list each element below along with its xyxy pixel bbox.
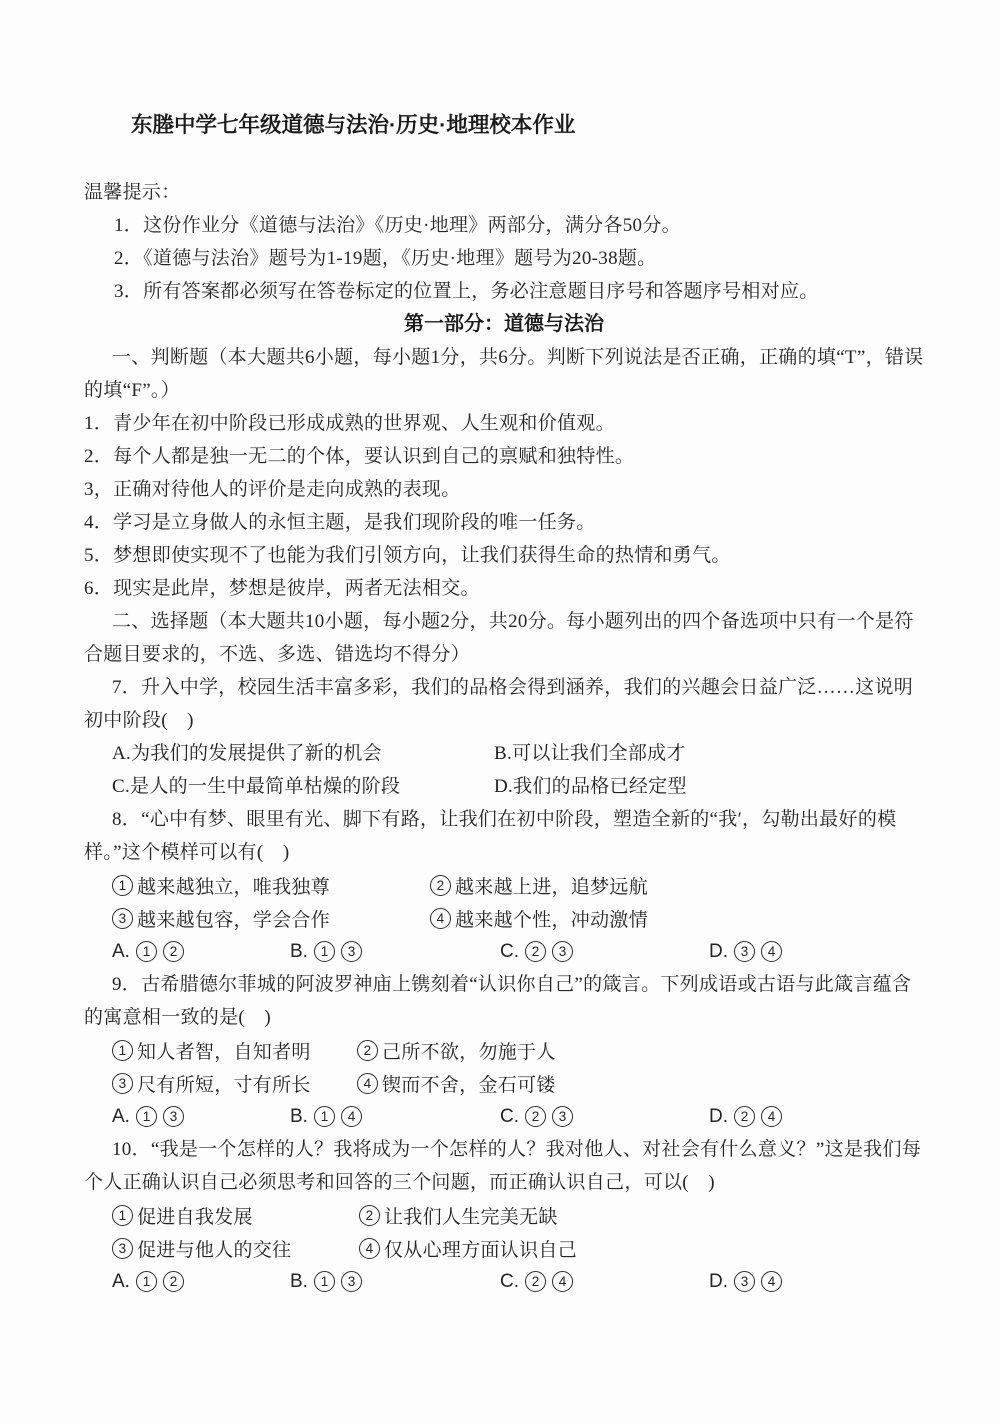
circled-digit: 3	[163, 1106, 184, 1127]
q8-items-row-1: 1 越来越独立，唯我独尊 2 越来越上进，追梦远航	[84, 869, 924, 902]
q8-answers-row: A. 1 2 B. 1 3 C. 2 3 D. 3 4	[84, 935, 924, 968]
circled-digit: 3	[734, 1271, 755, 1292]
q9-stem: 9．古希腊德尔菲城的阿波罗神庙上镌刻着“认识你自己”的箴言。下列成语或古语与此箴…	[84, 968, 924, 1034]
q10-item-3-text: 促进与他人的交往	[137, 1235, 291, 1262]
q7-option-a: A.为我们的发展提供了新的机会	[112, 737, 494, 770]
q9-answer-c: C. 2 3	[500, 1106, 709, 1128]
q8-answer-a-label: A.	[112, 941, 130, 963]
q9-item-1: 1 知人者智，自知者明	[112, 1037, 357, 1064]
circled-digit: 1	[314, 1271, 335, 1292]
q10-items-row-1: 1 促进自我发展 2 让我们人生完美无缺	[84, 1199, 924, 1232]
q10-answer-c-label: C.	[500, 1271, 519, 1293]
circled-digit: 3	[112, 908, 133, 929]
q8-item-1-text: 越来越独立，唯我独尊	[137, 872, 330, 899]
choice-section-intro: 二、选择题（本大题共10小题，每小题2分，共20分。每小题列出的四个备选项中只有…	[84, 605, 924, 671]
circled-digit: 2	[525, 1271, 546, 1292]
q10-item-2: 2 让我们人生完美无缺	[359, 1202, 558, 1229]
q10-item-4-text: 仅从心理方面认识自己	[384, 1235, 577, 1262]
q10-item-4: 4 仅从心理方面认识自己	[359, 1235, 577, 1262]
circled-digit: 1	[136, 941, 157, 962]
q9-answer-c-label: C.	[500, 1106, 519, 1128]
q8-item-4-text: 越来越个性，冲动激情	[455, 905, 648, 932]
q7-option-d: D.我们的品格已经定型	[494, 770, 687, 803]
q7-option-c: C.是人的一生中最简单枯燥的阶段	[112, 770, 494, 803]
q8-answer-c: C. 2 3	[500, 941, 709, 963]
circled-digit: 3	[341, 941, 362, 962]
q8-answer-a: A. 1 2	[112, 941, 290, 963]
circled-digit: 2	[163, 1271, 184, 1292]
circled-digit: 2	[430, 875, 451, 896]
q8-item-3: 3 越来越包容，学会合作	[112, 905, 430, 932]
circled-digit: 1	[112, 1040, 133, 1061]
circled-digit: 3	[552, 941, 573, 962]
q7-option-b: B.可以让我们全部成才	[494, 737, 686, 770]
q9-item-3: 3 尺有所短，寸有所长	[112, 1070, 357, 1097]
q10-answer-b-label: B.	[290, 1271, 308, 1293]
circled-digit: 1	[314, 941, 335, 962]
circled-digit: 3	[341, 1271, 362, 1292]
circled-digit: 1	[112, 875, 133, 896]
circled-digit: 4	[761, 1271, 782, 1292]
circled-digit: 2	[525, 941, 546, 962]
q9-answer-a-label: A.	[112, 1106, 130, 1128]
circled-digit: 3	[734, 941, 755, 962]
circled-digit: 2	[734, 1106, 755, 1127]
circled-digit: 4	[430, 908, 451, 929]
circled-digit: 4	[761, 1106, 782, 1127]
circled-digit: 1	[136, 1106, 157, 1127]
q9-answer-a: A. 1 3	[112, 1106, 290, 1128]
q8-item-3-text: 越来越包容，学会合作	[137, 905, 330, 932]
truefalse-section-intro: 一、判断题（本大题共6小题，每小题1分，共6分。判断下列说法是否正确，正确的填“…	[84, 341, 924, 407]
q9-items-row-2: 3 尺有所短，寸有所长 4 锲而不舍，金石可镂	[84, 1067, 924, 1100]
truefalse-item-6: 6．现实是此岸，梦想是彼岸，两者无法相交。	[84, 572, 924, 605]
q9-item-1-text: 知人者智，自知者明	[137, 1037, 311, 1064]
q8-item-4: 4 越来越个性，冲动激情	[430, 905, 648, 932]
truefalse-item-3: 3，正确对待他人的评价是走向成熟的表现。	[84, 473, 924, 506]
q9-item-2-text: 己所不欲，勿施于人	[382, 1037, 556, 1064]
q10-stem: 10．“我是一个怎样的人？我将成为一个怎样的人？我对他人、对社会有什么意义？”这…	[84, 1133, 924, 1199]
q7-options-row-2: C.是人的一生中最简单枯燥的阶段 D.我们的品格已经定型	[84, 770, 924, 803]
q9-item-3-text: 尺有所短，寸有所长	[137, 1070, 311, 1097]
q9-item-2: 2 己所不欲，勿施于人	[357, 1037, 556, 1064]
circled-digit: 4	[341, 1106, 362, 1127]
circled-digit: 3	[112, 1238, 133, 1259]
q8-stem: 8．“心中有梦、眼里有光、脚下有路，让我们在初中阶段，塑造全新的“我′，勾勒出最…	[84, 803, 924, 869]
q8-items-row-2: 3 越来越包容，学会合作 4 越来越个性，冲动激情	[84, 902, 924, 935]
circled-digit: 2	[357, 1040, 378, 1061]
notice-heading: 温馨提示：	[84, 176, 924, 209]
part1-heading: 第一部分：道德与法治	[84, 308, 924, 341]
q8-answer-d: D. 3 4	[709, 941, 924, 963]
q10-item-1-text: 促进自我发展	[137, 1202, 253, 1229]
q7-options-row-1: A.为我们的发展提供了新的机会 B.可以让我们全部成才	[84, 737, 924, 770]
page-content: 东塍中学七年级道德与法治·历史·地理校本作业 温馨提示： 1．这份作业分《道德与…	[84, 0, 924, 1298]
truefalse-item-4: 4．学习是立身做人的永恒主题，是我们现阶段的唯一任务。	[84, 506, 924, 539]
q10-item-1: 1 促进自我发展	[112, 1202, 359, 1229]
circled-digit: 4	[357, 1073, 378, 1094]
q10-answer-a-label: A.	[112, 1271, 130, 1293]
q9-items-row-1: 1 知人者智，自知者明 2 己所不欲，勿施于人	[84, 1034, 924, 1067]
q10-answer-b: B. 1 3	[290, 1271, 500, 1293]
q9-answers-row: A. 1 3 B. 1 4 C. 2 3 D. 2 4	[84, 1100, 924, 1133]
worksheet-page: 东塍中学七年级道德与法治·历史·地理校本作业 温馨提示： 1．这份作业分《道德与…	[0, 0, 1000, 1423]
truefalse-item-1: 1．青少年在初中阶段已形成成熟的世界观、人生观和价值观。	[84, 407, 924, 440]
q8-answer-c-label: C.	[500, 941, 519, 963]
q8-answer-d-label: D.	[709, 941, 728, 963]
q9-answer-b: B. 1 4	[290, 1106, 500, 1128]
q8-answer-b: B. 1 3	[290, 941, 500, 963]
q9-answer-d: D. 2 4	[709, 1106, 924, 1128]
circled-digit: 1	[136, 1271, 157, 1292]
circled-digit: 1	[314, 1106, 335, 1127]
q10-answers-row: A. 1 2 B. 1 3 C. 2 4 D. 3 4	[84, 1265, 924, 1298]
truefalse-item-2: 2．每个人都是独一无二的个体，要认识到自己的禀赋和独特性。	[84, 440, 924, 473]
q9-item-4-text: 锲而不舍，金石可镂	[382, 1070, 556, 1097]
circled-digit: 1	[112, 1205, 133, 1226]
q10-answer-a: A. 1 2	[112, 1271, 290, 1293]
q7-stem: 7．升入中学，校园生活丰富多彩，我们的品格会得到涵养，我们的兴趣会日益广泛……这…	[84, 671, 924, 737]
q8-item-2-text: 越来越上进，追梦远航	[455, 872, 648, 899]
q10-answer-c: C. 2 4	[500, 1271, 709, 1293]
circled-digit: 3	[112, 1073, 133, 1094]
truefalse-item-5: 5．梦想即使实现不了也能为我们引领方向，让我们获得生命的热情和勇气。	[84, 539, 924, 572]
circled-digit: 2	[359, 1205, 380, 1226]
circled-digit: 4	[359, 1238, 380, 1259]
document-title: 东塍中学七年级道德与法治·历史·地理校本作业	[131, 112, 924, 138]
circled-digit: 4	[552, 1271, 573, 1292]
q8-item-1: 1 越来越独立，唯我独尊	[112, 872, 430, 899]
q10-item-3: 3 促进与他人的交往	[112, 1235, 359, 1262]
q10-items-row-2: 3 促进与他人的交往 4 仅从心理方面认识自己	[84, 1232, 924, 1265]
q9-answer-b-label: B.	[290, 1106, 308, 1128]
circled-digit: 3	[552, 1106, 573, 1127]
notice-item-1: 1．这份作业分《道德与法治》《历史·地理》两部分，满分各50分。	[84, 209, 924, 242]
notice-item-2: 2．《道德与法治》题号为1-19题，《历史·地理》题号为20-38题。	[84, 242, 924, 275]
q8-answer-b-label: B.	[290, 941, 308, 963]
q9-answer-d-label: D.	[709, 1106, 728, 1128]
circled-digit: 2	[163, 941, 184, 962]
q8-item-2: 2 越来越上进，追梦远航	[430, 872, 648, 899]
circled-digit: 2	[525, 1106, 546, 1127]
notice-item-3: 3．所有答案都必须写在答卷标定的位置上，务必注意题目序号和答题序号相对应。	[84, 275, 924, 308]
q10-item-2-text: 让我们人生完美无缺	[384, 1202, 558, 1229]
q10-answer-d-label: D.	[709, 1271, 728, 1293]
q10-answer-d: D. 3 4	[709, 1271, 924, 1293]
circled-digit: 4	[761, 941, 782, 962]
q9-item-4: 4 锲而不舍，金石可镂	[357, 1070, 556, 1097]
